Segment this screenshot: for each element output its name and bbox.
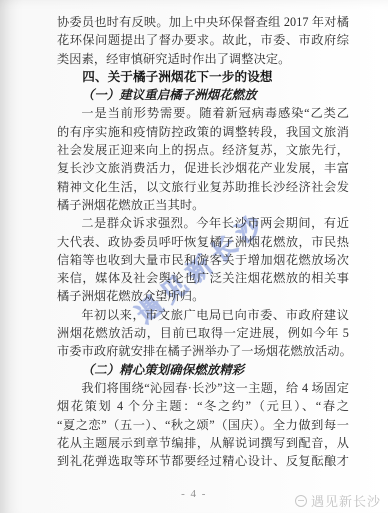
text-line: （一）建议重启橘子洲烟花燃放 xyxy=(57,86,349,104)
text-line: 社会发展正迎来向上的拐点。经济复苏，文旅先行，为加快恢 xyxy=(57,141,349,159)
text-line: “夏之恋”（五一）、“秋之颂”（国庆）。全力做到每一场次烟 xyxy=(57,416,349,434)
text-line: 市委市政府就安排在橘子洲举办了一场烟花燃放活动。 xyxy=(57,342,349,360)
text-line: 复长沙文旅消费活力，促进长沙烟花产业发展，丰富人民群众 xyxy=(57,159,349,177)
text-line: 烟花策划 4 个分主题：“冬之约”（元旦）、“春之声”（元宵）、 xyxy=(57,397,349,415)
footer-watermark: 遇见新长沙 xyxy=(295,491,381,510)
document-page: 遇见新长沙 协委员也时有反映。加上中央环保督查组 2017 年对橘子洲烟花环保问… xyxy=(0,0,388,513)
document-body: 协委员也时有反映。加上中央环保督查组 2017 年对橘子洲烟花环保问题提出了督办… xyxy=(57,13,349,470)
text-line: 协委员也时有反映。加上中央环保督查组 2017 年对橘子洲烟 xyxy=(57,13,349,31)
text-line: 四、关于橘子洲烟花下一步的设想 xyxy=(57,68,349,86)
text-line: （二）精心策划确保燃放精彩 xyxy=(57,361,349,379)
text-line: 洲烟花燃放活动，目前已取得一定进展，例如今年 5 月 11 日， xyxy=(57,324,349,342)
text-line: 花环保问题提出了督办要求。故此，市委、市政府综合考虑各 xyxy=(57,31,349,49)
text-line: 橘子洲烟花燃放众望所归。 xyxy=(57,287,349,305)
text-line: 来信，媒体及社会舆论也广泛关注烟花燃放的相关事宜，重启 xyxy=(57,269,349,287)
text-line: 橘子洲烟花燃放正当其时。 xyxy=(57,196,349,214)
text-line: 我们将围绕“沁园春·长沙”这一主题，给 4 场固定场次 xyxy=(57,379,349,397)
text-line: 信箱等也收到大量市民和游客关于增加烟花燃放场次的来电 xyxy=(57,251,349,269)
text-line: 年初以来，市文旅广电局已向市委、市政府建议重启橘子 xyxy=(57,306,349,324)
text-line: 的有序实施和疫情防控政策的调整转段，我国文旅消费和经济 xyxy=(57,123,349,141)
text-line: 二是群众诉求强烈。今年长沙市两会期间，有近 50 名人 xyxy=(57,214,349,232)
logo-icon xyxy=(295,495,307,507)
footer-watermark-text: 遇见新长沙 xyxy=(311,491,381,510)
text-line: 到礼花弹选取等环节都要经过精心设计、反复酝酿才确定，力 xyxy=(57,452,349,470)
text-line: 大代表、政协委员呼吁恢复橘子洲烟花燃放，市民热线、局长 xyxy=(57,233,349,251)
text-line: 花从主题展示到章节编排，从解说词撰写到配音，从画面构思 xyxy=(57,434,349,452)
text-line: 精神文化生活，以文旅行业复苏助推长沙经济社会发展，重启 xyxy=(57,178,349,196)
text-line: 一是当前形势需要。随着新冠病毒感染“乙类乙管”政策 xyxy=(57,104,349,122)
text-line: 类因素，经审慎研究适时作出了调整决定。 xyxy=(57,50,349,68)
